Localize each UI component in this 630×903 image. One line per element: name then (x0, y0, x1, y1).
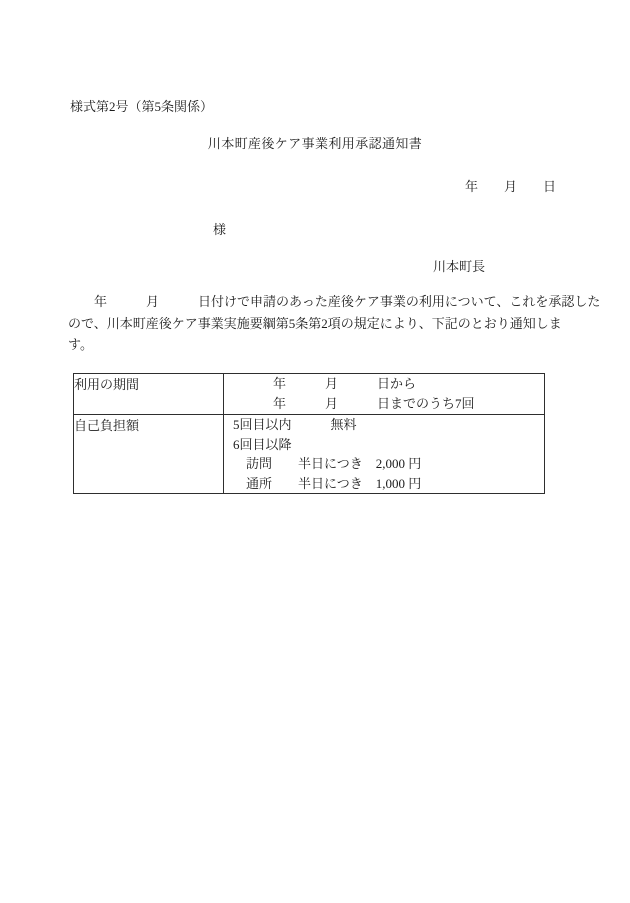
table-row-fee: 自己負担額 5回目以内 無料 6回目以降 訪問 半日につき 2,000 円 通所… (74, 415, 545, 494)
document-title: 川本町産後ケア事業利用承認通知書 (0, 133, 630, 152)
fee-line-after-sixth: 6回目以降 (224, 435, 544, 455)
addressee-honorific: 様 (213, 219, 226, 238)
period-to-line: 年 月 日までのうち7回 (224, 394, 544, 414)
document-page: 様式第2号（第5条関係） 川本町産後ケア事業利用承認通知書 年 月 日 様 川本… (0, 0, 630, 903)
notice-table: 利用の期間 年 月 日から 年 月 日までのうち7回 自己負担額 5回目以内 無… (73, 373, 545, 494)
form-number: 様式第2号（第5条関係） (70, 96, 213, 115)
sender-title: 川本町長 (433, 256, 485, 275)
body-line-2: ので、川本町産後ケア事業実施要綱第5条第2項の規定により、下記のとおり通知しま (68, 313, 600, 335)
fee-line-free: 5回目以内 無料 (224, 415, 544, 435)
issue-date-line: 年 月 日 (465, 176, 556, 195)
fee-line-visit: 訪問 半日につき 2,000 円 (224, 454, 544, 474)
self-payment-cell: 5回目以内 無料 6回目以降 訪問 半日につき 2,000 円 通所 半日につき… (224, 415, 545, 494)
table-row-period: 利用の期間 年 月 日から 年 月 日までのうち7回 (74, 374, 545, 415)
row-label-self-payment: 自己負担額 (74, 415, 224, 494)
period-from-line: 年 月 日から (224, 374, 544, 394)
body-line-3: す。 (68, 334, 600, 356)
fee-line-day-service: 通所 半日につき 1,000 円 (224, 474, 544, 494)
usage-period-cell: 年 月 日から 年 月 日までのうち7回 (224, 374, 545, 415)
body-line-1: 年 月 日付けで申請のあった産後ケア事業の利用について、これを承認した (68, 291, 600, 313)
body-paragraph: 年 月 日付けで申請のあった産後ケア事業の利用について、これを承認した ので、川… (68, 291, 600, 356)
row-label-usage-period: 利用の期間 (74, 374, 224, 415)
